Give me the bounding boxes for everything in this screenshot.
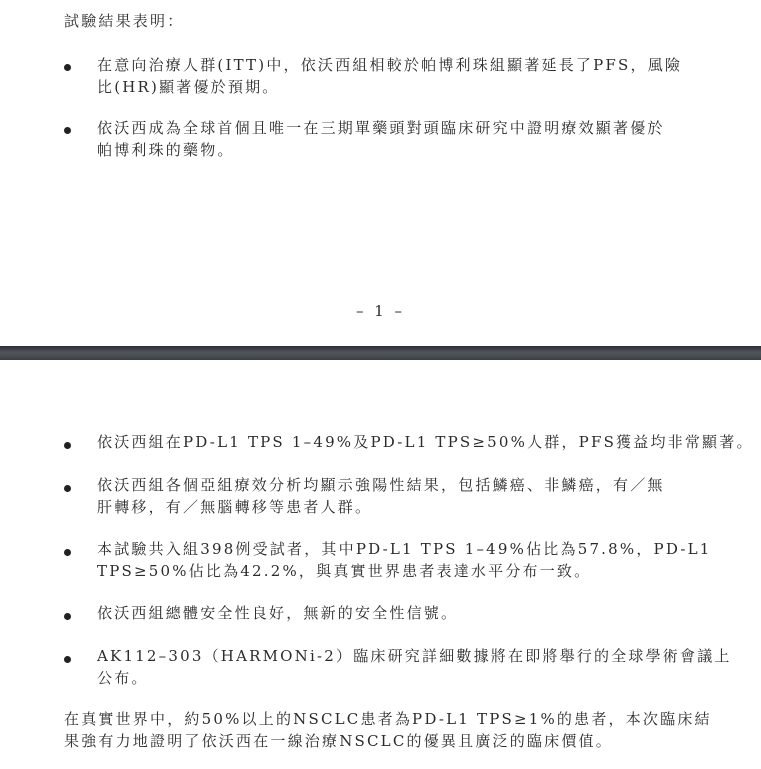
bullet-icon (64, 127, 71, 134)
bullet-icon (64, 485, 71, 492)
bullet-1-line-2: 比(HR)顯著優於預期。 (97, 76, 279, 98)
bullet-icon (64, 656, 71, 663)
intro-heading: 試驗結果表明： (64, 10, 184, 32)
closing-line-2: 果強有力地證明了依沃西在一線治療NSCLC的優異且廣泛的臨床價值。 (64, 730, 613, 752)
bullet-7-line-2: 公布。 (97, 667, 149, 689)
bullet-3-line-1: 依沃西組在PD-L1 TPS 1–49%及PD-L1 TPS≥50%人群，PFS… (97, 431, 754, 453)
bullet-icon (64, 442, 71, 449)
bullet-icon (64, 549, 71, 556)
bullet-1-line-1: 在意向治療人群(ITT)中，依沃西組相較於帕博利珠組顯著延長了PFS，風險 (97, 54, 682, 76)
bullet-7-line-1: AK112–303（HARMONi-2）臨床研究詳細數據將在即將舉行的全球學術會… (97, 645, 732, 667)
bullet-icon (64, 613, 71, 620)
bullet-5-line-1: 本試驗共入組398例受試者，其中PD-L1 TPS 1–49%佔比為57.8%，… (97, 538, 712, 560)
page-separator (0, 346, 761, 360)
bullet-icon (64, 64, 71, 71)
document-page-1: 試驗結果表明： 在意向治療人群(ITT)中，依沃西組相較於帕博利珠組顯著延長了P… (0, 0, 761, 346)
closing-line-1: 在真實世界中，約50%以上的NSCLC患者為PD-L1 TPS≥1%的患者，本次… (64, 708, 712, 730)
bullet-4-line-2: 肝轉移，有／無腦轉移等患者人群。 (97, 496, 372, 518)
bullet-2-line-2: 帕博利珠的藥物。 (97, 139, 235, 161)
document-page-2: 依沃西組在PD-L1 TPS 1–49%及PD-L1 TPS≥50%人群，PFS… (0, 360, 761, 769)
page-number: – 1 – (0, 302, 761, 320)
bullet-6-line-1: 依沃西組總體安全性良好，無新的安全性信號。 (97, 602, 458, 624)
bullet-5-line-2: TPS≥50%佔比為42.2%，與真實世界患者表達水平分布一致。 (97, 560, 591, 582)
bullet-2-line-1: 依沃西成為全球首個且唯一在三期單藥頭對頭臨床研究中證明療效顯著優於 (97, 117, 665, 139)
bullet-4-line-1: 依沃西組各個亞組療效分析均顯示強陽性結果，包括鱗癌、非鱗癌，有／無 (97, 474, 665, 496)
